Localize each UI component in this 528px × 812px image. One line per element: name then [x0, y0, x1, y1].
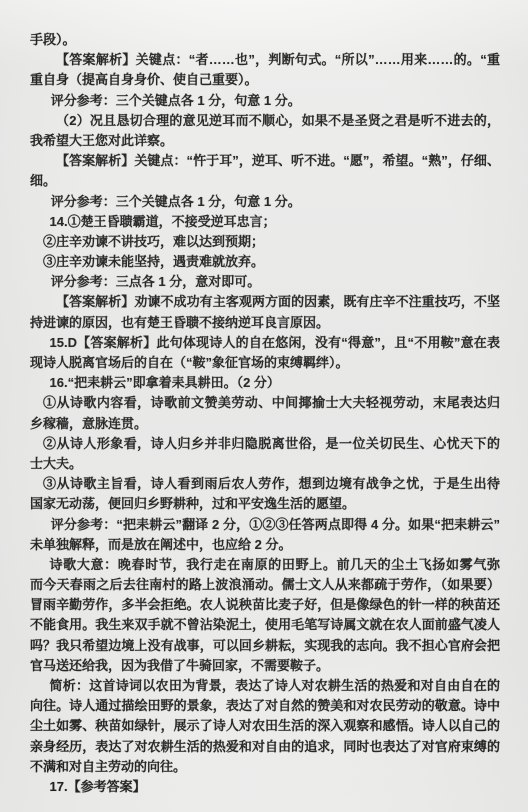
text-line: 不能食用。我生来双手就不曾沾染泥土，使用毛笔写诗属文就在农人面前盛气凌人 — [30, 615, 500, 635]
text-line: 未单独解释，而是放在阐述中，也应给 2 分。 — [30, 535, 500, 555]
text-line: 国家无动荡，便回归乡野耕种，过和平安逸生活的愿望。 — [30, 494, 500, 514]
text-line: 现诗人脱离官场后的自在（“鞍”象征官场的束缚羁绊）。 — [30, 353, 500, 373]
text-line: 【答案解析】关键点：“者……也”，判断句式。“所以”……用来……的。“重身”，推 — [30, 50, 500, 70]
text-line: 而今天春雨之后去往南村的路上波浪涌动。儒士文人从来都疏于劳作，（如果要） — [30, 575, 500, 595]
text-line: 持进谏的原因，也有楚王昏聩不接纳逆耳良言原因。 — [30, 313, 500, 333]
text-line: ②从诗人形象看，诗人归乡并非归隐脱离世俗，是一位关切民生、心忧天下的 — [30, 434, 500, 454]
text-line: 乡稼穑，意脉连贯。 — [30, 414, 500, 434]
text-line: 评分参考：三点各 1 分，意对即可。 — [30, 272, 500, 292]
text-line: ②庄辛劝谏不讲技巧，难以达到预期； — [30, 232, 500, 252]
text-line: 向往。诗人通过描绘田野的景象，表达了对自然的赞美和对农民劳动的敬意。诗中 — [30, 696, 500, 716]
text-line: 简析：这首诗词以农田为背景，表达了诗人对农耕生活的热爱和对自由自在的 — [30, 676, 500, 696]
text-line: ③庄辛劝谏未能坚持，遇责难就放弃。 — [30, 252, 500, 272]
text-line: （2）况且恳切合理的意见逆耳而不顺心，如果不是圣贤之君是听不进去的， — [30, 111, 500, 131]
text-line: 不满和对自主劳动的向往。 — [30, 757, 500, 777]
text-line: 16.“把耒耕云”即拿着耒具耕田。（2 分） — [30, 373, 500, 393]
text-line: 冒雨辛勤劳作，多半会拒绝。农人说秧苗比麦子好，但是像绿色的针一样的秧苗还 — [30, 595, 500, 615]
text-line: 【答案解析】劝谏不成功有主客观两方面的因素，既有庄辛不注重技巧，不坚 — [30, 292, 500, 312]
text-line: 手段）。 — [30, 30, 500, 50]
text-line: 【答案解析】关键点：“忤于耳”，逆耳、听不进。“愿”，希望。“熟”，仔细、详 — [30, 151, 500, 171]
text-line: 细。 — [30, 171, 500, 191]
text-line: 尘土如雾、秧苗如绿针，展示了诗人对农田生活的深入观察和感悟。诗人以自己的 — [30, 716, 500, 736]
text-line: 评分参考：三个关键点各 1 分，句意 1 分。 — [30, 91, 500, 111]
text-line: ①从诗歌内容看，诗歌前文赞美劳动、中间揶揄士大夫轻视劳动，末尾表达归 — [30, 393, 500, 413]
text-line: 评分参考：三个关键点各 1 分，句意 1 分。 — [30, 192, 500, 212]
text-line: 15.D【答案解析】此句体现诗人的自在悠闲，没有“得意”，且“不用鞍”意在表 — [30, 333, 500, 353]
text-line: 我希望大王您对此详察。 — [30, 131, 500, 151]
text-line: 亲身经历，表达了对农耕生活的热爱和对自由的追求，同时也表达了对官府束缚的 — [30, 737, 500, 757]
text-line: 官马送还给我，因为我借了牛骑回家，不需要鞍子。 — [30, 656, 500, 676]
text-line: 士大夫。 — [30, 454, 500, 474]
text-line: 评分参考：“把耒耕云”翻译 2 分，①②③任答两点即得 4 分。如果“把耒耕云” — [30, 515, 500, 535]
text-line: 14.①楚王昏聩霸道，不接受逆耳忠言； — [30, 212, 500, 232]
text-line: 诗歌大意：晚春时节，我行走在南原的田野上。前几天的尘土飞扬如雾气弥漫， — [30, 555, 500, 575]
document-page: 手段）。【答案解析】关键点：“者……也”，判断句式。“所以”……用来……的。“重… — [0, 0, 528, 812]
text-line: 重自身（提高自身身价、使自己重要）。 — [30, 70, 500, 90]
text-line: ③从诗歌主旨看，诗人看到雨后农人劳作，想到边境有战争之忧，于是生出待 — [30, 474, 500, 494]
text-line: 吗？我只希望边境上没有战事，可以回乡耕耘，实现我的志向。我不担心官府会把 — [30, 636, 500, 656]
text-block: 手段）。【答案解析】关键点：“者……也”，判断句式。“所以”……用来……的。“重… — [30, 30, 500, 797]
text-line: 17.【参考答案】 — [30, 777, 500, 797]
